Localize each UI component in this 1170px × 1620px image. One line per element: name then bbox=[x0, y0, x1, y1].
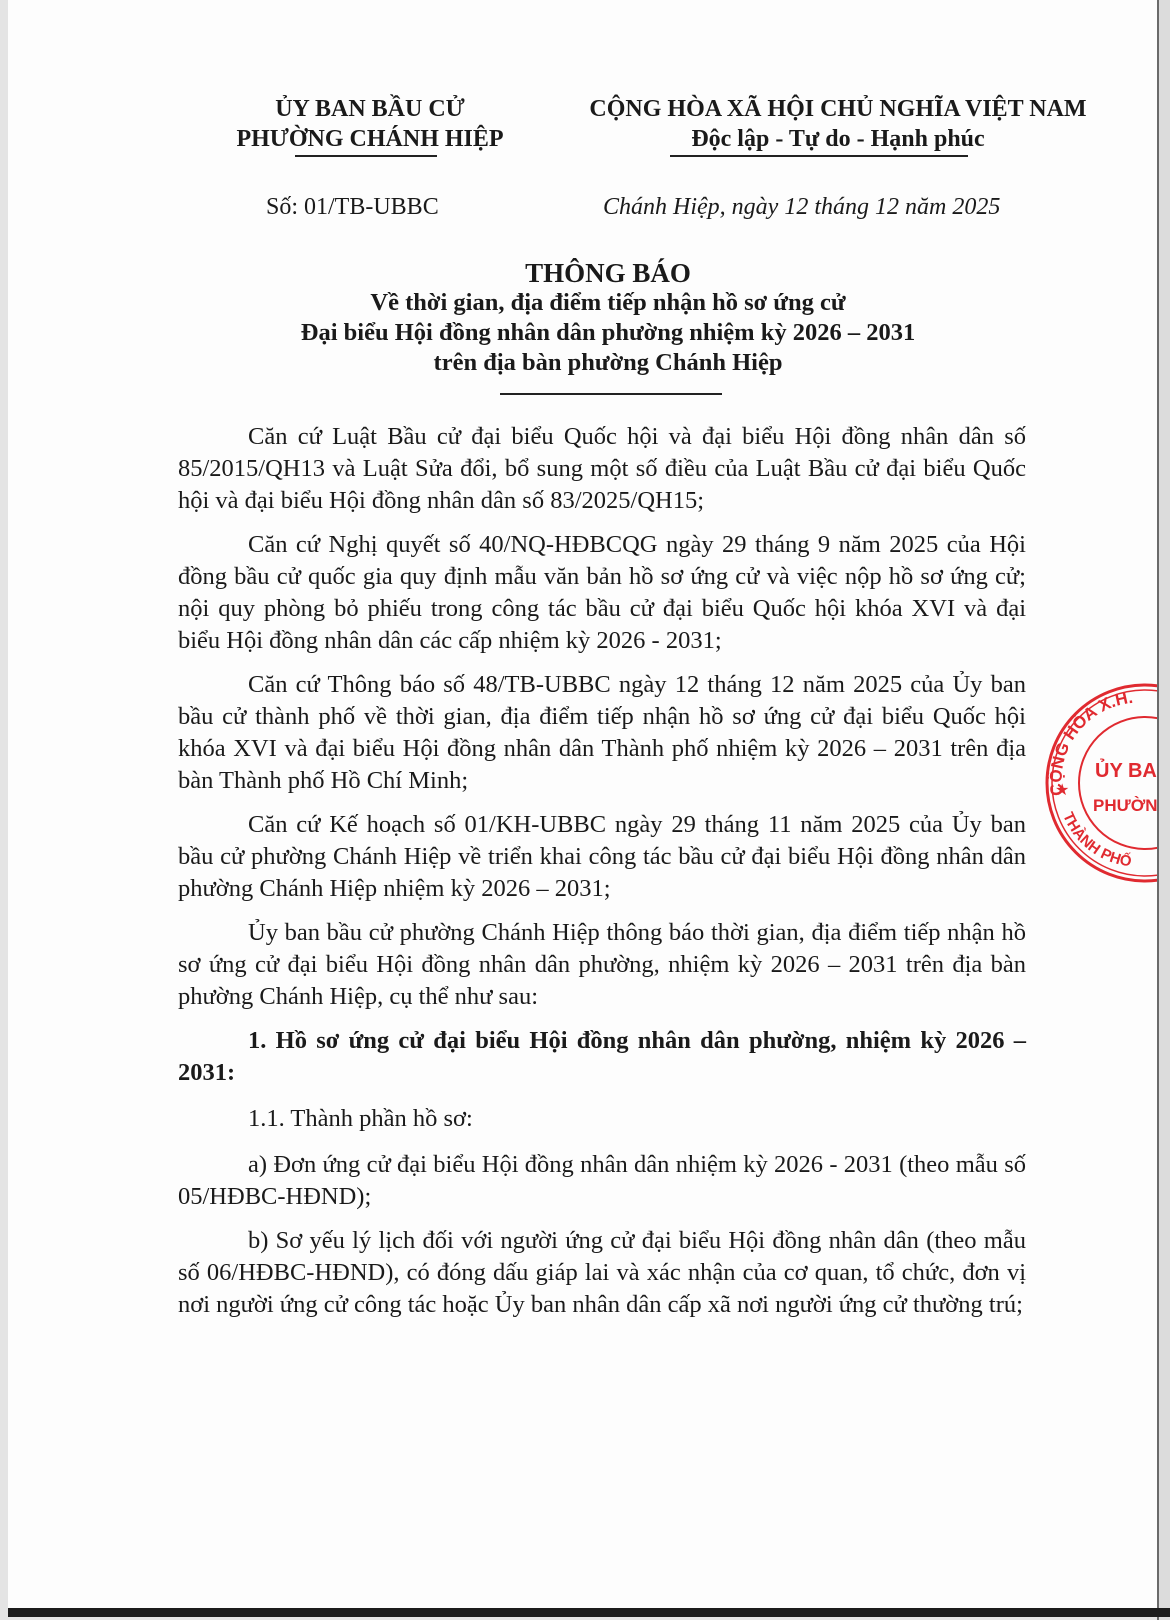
document-page: ỦY BAN BẦU CỬ PHƯỜNG CHÁNH HIỆP CỘNG HÒA… bbox=[8, 0, 1158, 1608]
legal-basis-4: Căn cứ Kế hoạch số 01/KH-UBBC ngày 29 th… bbox=[178, 809, 1026, 905]
svg-text:THÀNH PHỐ: THÀNH PHỐ bbox=[1059, 810, 1133, 871]
legal-basis-3: Căn cứ Thông báo số 48/TB-UBBC ngày 12 t… bbox=[178, 669, 1026, 797]
authority-line-1: ỦY BAN BẦU CỬ bbox=[200, 94, 540, 124]
legal-basis-2: Căn cứ Nghị quyết số 40/NQ-HĐBCQG ngày 2… bbox=[178, 529, 1026, 657]
announcement-intro: Ủy ban bầu cử phường Chánh Hiệp thông bá… bbox=[178, 917, 1026, 1013]
section-1-1-heading: 1.1. Thành phần hồ sơ: bbox=[178, 1103, 1026, 1135]
document-title: THÔNG BÁO Về thời gian, địa điểm tiếp nh… bbox=[188, 258, 1028, 378]
item-b: b) Sơ yếu lý lịch đối với người ứng cử đ… bbox=[178, 1225, 1026, 1321]
title-underline bbox=[500, 393, 722, 395]
stamp-center-line-2: PHƯỜNG C bbox=[1093, 796, 1158, 815]
title-line-2: Đại biểu Hội đồng nhân dân phường nhiệm … bbox=[188, 318, 1028, 348]
motto-underline bbox=[670, 155, 968, 157]
stamp-bottom-text: THÀNH PHỐ bbox=[1059, 810, 1133, 871]
authority-line-2: PHƯỜNG CHÁNH HIỆP bbox=[200, 124, 540, 154]
page-bottom-edge bbox=[8, 1608, 1170, 1617]
national-motto: CỘNG HÒA XÃ HỘI CHỦ NGHĨA VIỆT NAM Độc l… bbox=[583, 94, 1093, 154]
document-body: Căn cứ Luật Bầu cử đại biểu Quốc hội và … bbox=[178, 421, 1026, 1321]
stamp-star-icon: ★ bbox=[1055, 782, 1069, 799]
page-right-edge bbox=[1157, 0, 1170, 1620]
country-name: CỘNG HÒA XÃ HỘI CHỦ NGHĨA VIỆT NAM bbox=[583, 94, 1093, 124]
title-line-1: Về thời gian, địa điểm tiếp nhận hồ sơ ứ… bbox=[188, 288, 1028, 318]
legal-basis-1: Căn cứ Luật Bầu cử đại biểu Quốc hội và … bbox=[178, 421, 1026, 517]
document-number: Số: 01/TB-UBBC bbox=[266, 194, 439, 221]
place-date: Chánh Hiệp, ngày 12 tháng 12 năm 2025 bbox=[603, 194, 1000, 221]
authority-underline bbox=[295, 155, 437, 157]
issuing-authority: ỦY BAN BẦU CỬ PHƯỜNG CHÁNH HIỆP bbox=[200, 94, 540, 154]
stamp-center-line-1: ỦY BAN bbox=[1095, 758, 1158, 782]
official-seal-stamp: CỘNG HÒA X.H. THÀNH PHỐ ★ ỦY BAN PHƯỜNG … bbox=[1033, 675, 1158, 885]
motto: Độc lập - Tự do - Hạnh phúc bbox=[583, 124, 1093, 154]
title-line-3: trên địa bàn phường Chánh Hiệp bbox=[188, 348, 1028, 378]
item-a: a) Đơn ứng cử đại biểu Hội đồng nhân dân… bbox=[178, 1149, 1026, 1213]
section-1-heading: 1. Hồ sơ ứng cử đại biểu Hội đồng nhân d… bbox=[178, 1025, 1026, 1089]
title-main: THÔNG BÁO bbox=[188, 258, 1028, 288]
